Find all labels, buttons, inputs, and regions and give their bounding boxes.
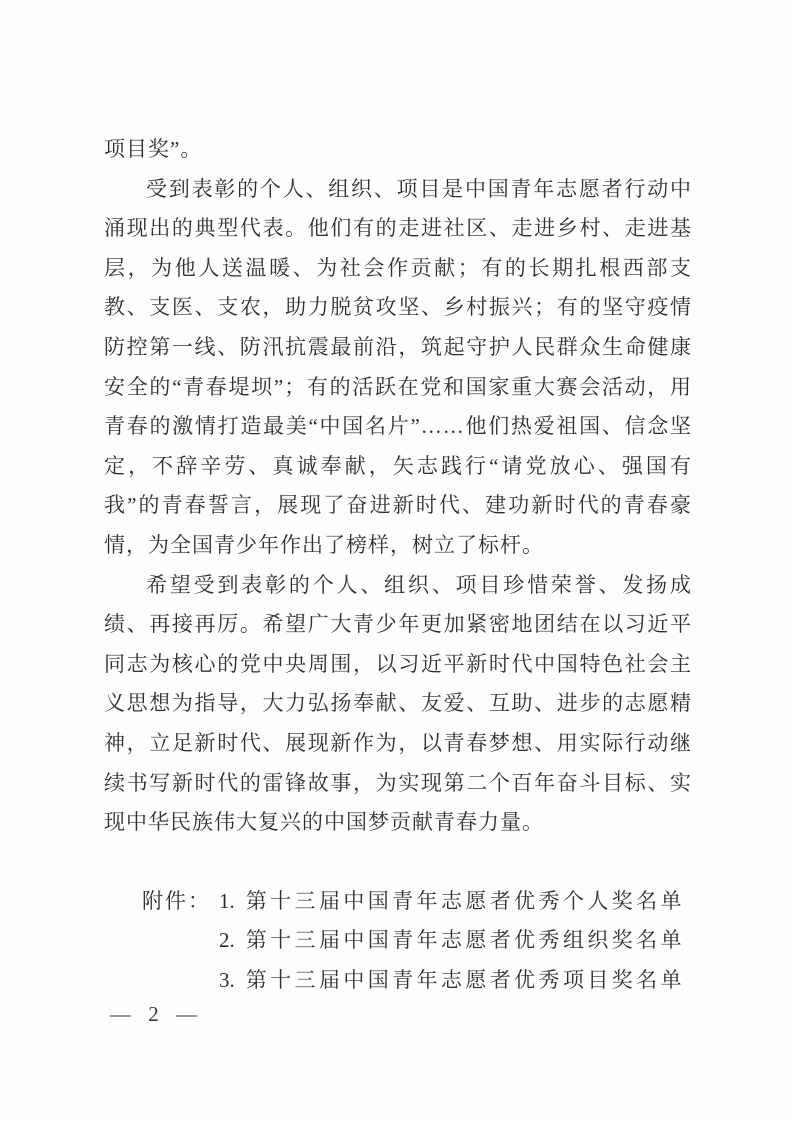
- page-footer: — 2 —: [110, 1002, 203, 1027]
- attachment-item: 1. 第十三届中国青年志愿者优秀个人奖名单: [219, 882, 685, 922]
- attachment-item-number: 1.: [219, 882, 235, 922]
- attachment-item-title: 第十三届中国青年志愿者优秀项目奖名单: [246, 961, 685, 1001]
- attachments-block: 附件： 1. 第十三届中国青年志愿者优秀个人奖名单 2. 第十三届中国青年志愿者…: [104, 882, 692, 1001]
- document-page: 项目奖”。 受到表彰的个人、组织、项目是中国青年志愿者行动中涌现出的典型代表。他…: [0, 0, 793, 1122]
- attachment-item-number: 3.: [219, 961, 235, 1001]
- attachments-label: 附件：: [142, 882, 211, 922]
- paragraph-hope: 希望受到表彰的个人、组织、项目珍惜荣誉、发扬成绩、再接再厉。希望广大青少年更加紧…: [104, 566, 692, 843]
- document-body: 项目奖”。 受到表彰的个人、组织、项目是中国青年志愿者行动中涌现出的典型代表。他…: [104, 130, 692, 1000]
- attachments-list: 1. 第十三届中国青年志愿者优秀个人奖名单 2. 第十三届中国青年志愿者优秀组织…: [219, 882, 685, 1001]
- page-number: — 2 —: [110, 1002, 203, 1026]
- paragraph-continuation: 项目奖”。: [104, 130, 692, 170]
- attachment-item: 2. 第十三届中国青年志愿者优秀组织奖名单: [219, 921, 685, 961]
- attachment-item-title: 第十三届中国青年志愿者优秀组织奖名单: [246, 921, 685, 961]
- attachment-item: 3. 第十三届中国青年志愿者优秀项目奖名单: [219, 961, 685, 1001]
- attachment-item-number: 2.: [219, 921, 235, 961]
- attachment-item-title: 第十三届中国青年志愿者优秀个人奖名单: [246, 882, 685, 922]
- paragraph-commendation: 受到表彰的个人、组织、项目是中国青年志愿者行动中涌现出的典型代表。他们有的走进社…: [104, 170, 692, 566]
